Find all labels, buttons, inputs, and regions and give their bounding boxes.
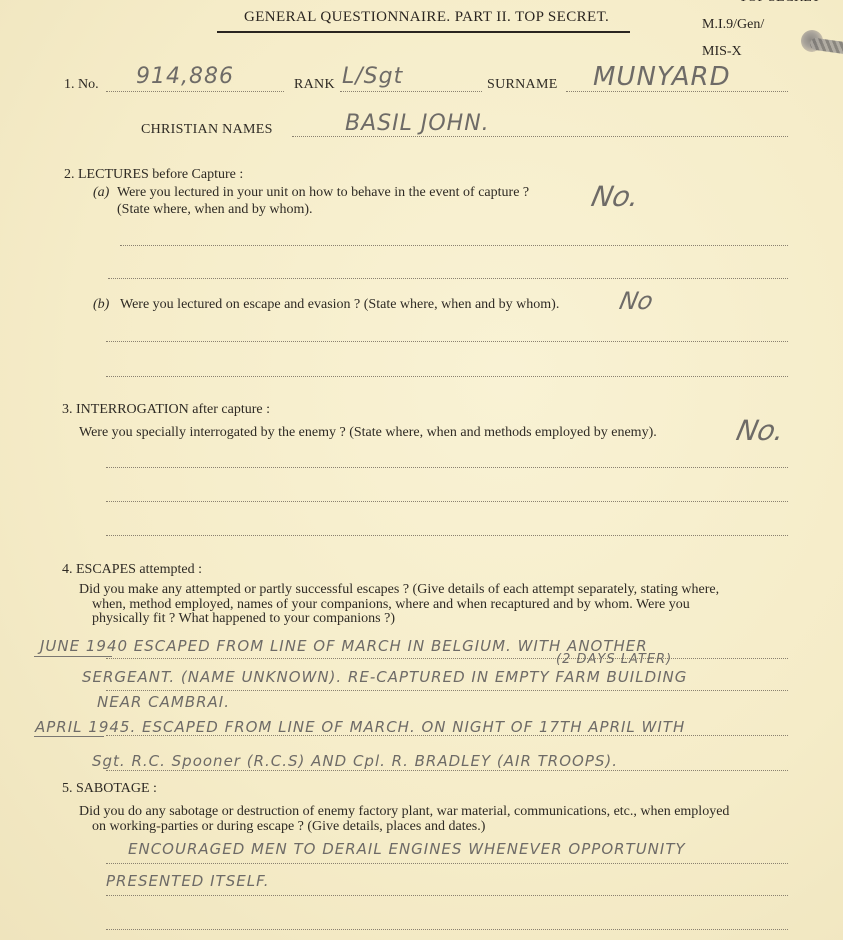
sabotage-answer-field2[interactable] <box>106 895 788 896</box>
tag-string <box>809 37 843 54</box>
christian-names-value: BASIL JOHN. <box>345 111 490 136</box>
question-2a-text: Were you lectured in your unit on how to… <box>117 184 529 201</box>
service-number-value: 914,886 <box>136 64 234 89</box>
escape-answer-field4[interactable] <box>106 770 788 771</box>
question-2b-marker: (b) <box>93 296 109 313</box>
escape-answer-field2[interactable] <box>106 690 788 691</box>
sabotage-heading: 5. SABOTAGE : <box>62 780 157 797</box>
escape-answer-field3[interactable] <box>106 735 788 736</box>
rank-label: RANK <box>294 77 335 93</box>
escape-answer-insert: (2 DAYS LATER) <box>556 652 672 667</box>
service-number-field[interactable] <box>106 91 284 92</box>
date-underline-2 <box>34 736 104 737</box>
classification-label: TOP SECRET <box>739 0 820 6</box>
surname-value: MUNYARD <box>593 62 731 92</box>
escape-answer-line4: APRIL 1945. ESCAPED FROM LINE OF MARCH. … <box>35 718 685 736</box>
sabotage-answer-line2: PRESENTED ITSELF. <box>106 872 270 890</box>
answer-2b-line1[interactable] <box>106 341 788 342</box>
interrogation-heading: 3. INTERROGATION after capture : <box>62 401 270 418</box>
rank-value: L/Sgt <box>342 64 403 89</box>
answer-3-line2[interactable] <box>106 501 788 502</box>
christian-names-label: CHRISTIAN NAMES <box>141 122 273 138</box>
question-5-text-line2: on working-parties or during escape ? (G… <box>92 818 485 835</box>
title-underline <box>217 31 630 33</box>
question-2a-marker: (a) <box>93 184 109 201</box>
lectures-heading: 2. LECTURES before Capture : <box>64 166 243 183</box>
answer-3-line1[interactable] <box>106 467 788 468</box>
question-2b-text: Were you lectured on escape and evasion … <box>120 296 559 313</box>
answer-3-line3[interactable] <box>106 535 788 536</box>
answer-2a-line2[interactable] <box>108 278 788 279</box>
answer-2b: No <box>617 287 656 315</box>
surname-label: SURNAME <box>487 77 558 93</box>
answer-2a-line1[interactable] <box>120 245 788 246</box>
question-3-text: Were you specially interrogated by the e… <box>79 424 657 441</box>
answer-3: No. <box>733 414 787 447</box>
date-underline-1 <box>34 656 112 657</box>
question-2a-text-line2: (State where, when and by whom). <box>117 201 313 218</box>
questionnaire-page: TOP SECRET GENERAL QUESTIONNAIRE. PART I… <box>0 0 843 940</box>
escape-answer-line5: Sgt. R.C. Spooner (R.C.S) AND Cpl. R. BR… <box>92 752 618 770</box>
escape-answer-line2: SERGEANT. (NAME UNKNOWN). RE-CAPTURED IN… <box>82 668 687 686</box>
service-number-label: 1. No. <box>64 77 99 93</box>
escape-answer-line3: NEAR CAMBRAI. <box>97 693 230 711</box>
reference-code-line1: M.I.9/Gen/ <box>702 17 764 33</box>
sabotage-answer-line1: ENCOURAGED MEN TO DERAIL ENGINES WHENEVE… <box>128 840 686 858</box>
sabotage-answer-field1[interactable] <box>106 863 788 864</box>
document-title: GENERAL QUESTIONNAIRE. PART II. TOP SECR… <box>244 9 609 26</box>
sabotage-answer-field3[interactable] <box>106 929 788 930</box>
reference-code-line2: MIS-X <box>702 44 742 60</box>
christian-names-field[interactable] <box>292 136 788 137</box>
answer-2b-line2[interactable] <box>106 376 788 377</box>
question-4-text-line3: physically fit ? What happened to your c… <box>92 610 395 627</box>
rank-field[interactable] <box>340 91 482 92</box>
answer-2a: No. <box>588 180 642 213</box>
escapes-heading: 4. ESCAPES attempted : <box>62 561 202 578</box>
escape-answer-field1[interactable] <box>106 658 788 659</box>
